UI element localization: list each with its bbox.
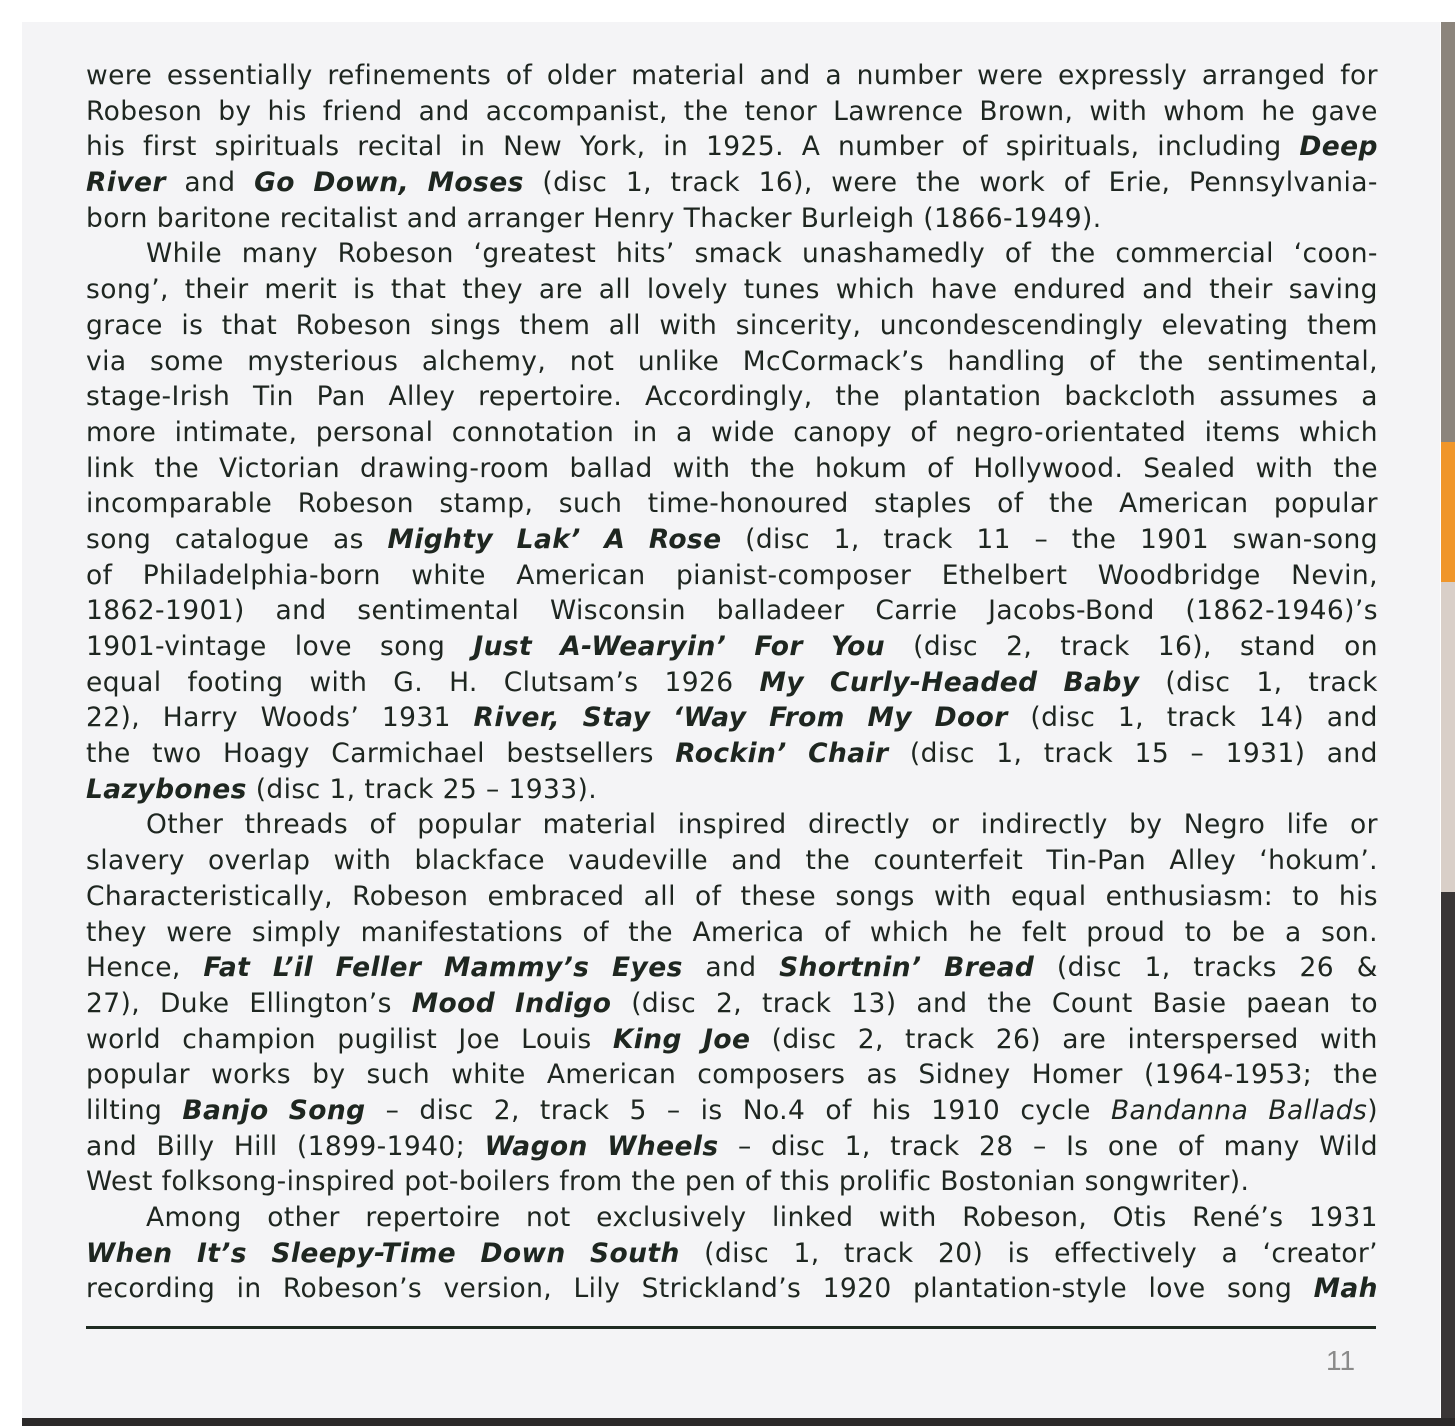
- song-title: A: [604, 524, 625, 555]
- song-title: Curly-Headed: [830, 667, 1037, 698]
- text-line: WhenIt’sSleepy-TimeDownSouth(disc1,track…: [86, 1236, 1378, 1272]
- text-line: 1862-1901)andsentimentalWisconsinballade…: [86, 593, 1378, 629]
- song-title: Mammy’s: [444, 952, 589, 983]
- text-line: moreintimate,personalconnotationinawidec…: [86, 415, 1378, 451]
- text-line: Lazybones (disc 1, track 25 – 1933).: [86, 772, 1378, 808]
- text-line: equalfootingwithG.H.Clutsam’s1926MyCurly…: [86, 665, 1378, 701]
- song-title: Lazybones: [86, 774, 247, 805]
- text-line: liltingBanjoSong–disc2,track5–isNo.4ofhi…: [86, 1093, 1378, 1129]
- song-title: Baby: [1063, 667, 1139, 698]
- song-title: Mood: [412, 988, 495, 1019]
- song-title: Rockin’: [675, 738, 786, 769]
- edge-tan-band: [1441, 22, 1455, 442]
- song-title: Go: [254, 167, 295, 198]
- edge-orange-band: [1441, 442, 1455, 582]
- song-title: Banjo: [182, 1095, 268, 1126]
- song-title: Chair: [808, 738, 888, 769]
- text-line: Characteristically,Robesonembracedalloft…: [86, 879, 1378, 915]
- text-line: stage-IrishTinPanAlleyrepertoire.Accordi…: [86, 379, 1378, 415]
- text-line: theyweresimplymanifestationsoftheAmerica…: [86, 915, 1378, 951]
- text-line: ofPhiladelphia-bornwhiteAmericanpianist-…: [86, 558, 1378, 594]
- song-title: Fat: [203, 952, 250, 983]
- text-line: West folksong-inspired pot-boilers from …: [86, 1164, 1378, 1200]
- body-text: wereessentiallyrefinementsofoldermateria…: [86, 58, 1378, 1307]
- song-title: For: [754, 631, 803, 662]
- text-line: RiverandGoDown,Moses(disc1,track16),were…: [86, 165, 1378, 201]
- song-title: Bread: [944, 952, 1034, 983]
- song-title: River: [86, 167, 166, 198]
- song-title: Shortnin’: [779, 952, 921, 983]
- song-title: A-Wearyin’: [560, 631, 726, 662]
- song-title: Stay: [583, 702, 651, 733]
- song-title: Sleepy-Time: [271, 1238, 456, 1269]
- text-line: songcatalogueasMightyLak’ARose(disc1,tra…: [86, 522, 1378, 558]
- text-line: hisfirstspiritualsrecitalinNewYork,in192…: [86, 129, 1378, 165]
- text-line: 1901-vintagelovesongJustA-Wearyin’ForYou…: [86, 629, 1378, 665]
- song-title: Down,: [313, 167, 409, 198]
- cycle-title: Bandanna: [1111, 1095, 1248, 1126]
- song-title: Wagon: [484, 1131, 587, 1162]
- text-line: incomparableRobesonstamp,suchtime-honour…: [86, 486, 1378, 522]
- footer-rule: [86, 1326, 1376, 1329]
- cycle-title: Ballads: [1268, 1095, 1367, 1126]
- text-line: andBillyHill(1899-1940;WagonWheels–disc1…: [86, 1129, 1378, 1165]
- text-line: wereessentiallyrefinementsofoldermateria…: [86, 58, 1378, 94]
- song-title: My: [867, 702, 911, 733]
- song-title: It’s: [197, 1238, 247, 1269]
- text-line: graceisthatRobesonsingsthemallwithsincer…: [86, 308, 1378, 344]
- song-title: Just: [473, 631, 532, 662]
- bottom-edge: [22, 1418, 1455, 1426]
- song-title: Wheels: [607, 1131, 718, 1162]
- song-title: When: [86, 1238, 173, 1269]
- page-number: 11: [1326, 1345, 1355, 1377]
- text-line: Robesonbyhisfriendandaccompanist,theteno…: [86, 94, 1378, 130]
- text-line: thetwoHoagyCarmichaelbestsellersRockin’C…: [86, 736, 1378, 772]
- text-line: popularworksbysuchwhiteAmericancomposers…: [86, 1057, 1378, 1093]
- song-title: Lak’: [517, 524, 581, 555]
- text-line: Otherthreadsofpopularmaterialinspireddir…: [86, 807, 1378, 843]
- song-title: ‘Way: [673, 702, 746, 733]
- text-line: 27),DukeEllington’sMoodIndigo(disc2,trac…: [86, 986, 1378, 1022]
- song-title: River,: [474, 702, 560, 733]
- song-title: From: [769, 702, 845, 733]
- text-line: song’,theirmeritisthattheyarealllovelytu…: [86, 272, 1378, 308]
- edge-paper-band: [1441, 582, 1455, 892]
- song-title: You: [831, 631, 885, 662]
- text-line: Hence,FatL’ilFellerMammy’sEyesandShortni…: [86, 950, 1378, 986]
- text-line: viasomemysteriousalchemy,notunlikeMcCorm…: [86, 344, 1378, 380]
- song-title: Door: [935, 702, 1008, 733]
- text-line: born baritone recitalist and arranger He…: [86, 201, 1378, 237]
- song-title: Joe: [703, 1024, 750, 1055]
- song-title: Feller: [336, 952, 422, 983]
- song-title: Moses: [428, 167, 524, 198]
- song-title: L’il: [273, 952, 313, 983]
- song-title: Rose: [649, 524, 722, 555]
- text-line: Amongotherrepertoirenotexclusivelylinked…: [86, 1200, 1378, 1236]
- text-line: WhilemanyRobeson‘greatesthits’smackunash…: [86, 236, 1378, 272]
- song-title: Song: [289, 1095, 366, 1126]
- song-title: Mighty: [387, 524, 493, 555]
- text-line: worldchampionpugilistJoeLouisKingJoe(dis…: [86, 1022, 1378, 1058]
- song-title: Mah: [1314, 1273, 1378, 1304]
- song-title: My: [760, 667, 804, 698]
- text-line: slaveryoverlapwithblackfacevaudevilleand…: [86, 843, 1378, 879]
- adjacent-page-edge: [1441, 22, 1455, 1426]
- text-line: recordinginRobeson’sversion,LilyStrickla…: [86, 1271, 1378, 1307]
- song-title: Indigo: [515, 988, 611, 1019]
- text-line: linktheVictoriandrawing-roomballadwithth…: [86, 451, 1378, 487]
- text-line: 22),HarryWoods’1931River,Stay‘WayFromMyD…: [86, 700, 1378, 736]
- song-title: King: [613, 1024, 682, 1055]
- song-title: Deep: [1299, 131, 1378, 162]
- song-title: Down: [480, 1238, 565, 1269]
- song-title: South: [590, 1238, 680, 1269]
- song-title: Eyes: [612, 952, 683, 983]
